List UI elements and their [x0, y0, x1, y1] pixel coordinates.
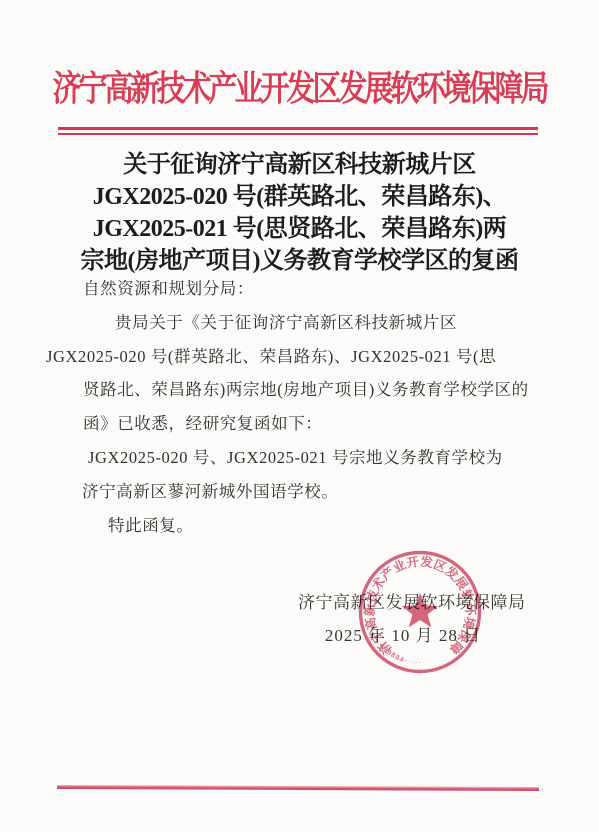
seal-ring-text: 济宁高新技术产业开发区发展软环境保障局: [345, 537, 478, 658]
seal-code-faint: ·····: [403, 656, 422, 667]
letterhead-org-name: 济宁高新技术产业开发区发展软环境保障局: [0, 61, 599, 111]
document-body: 自然资源和规划分局： 贵局关于《关于征询济宁高新区科技新城片区 JGX2025-…: [46, 272, 562, 542]
body-line: JGX2025-020 号(群英路北、荣昌路东)、JGX2025-021 号(思: [46, 340, 562, 374]
footer-rule: [57, 785, 539, 791]
title-line: JGX2025-021 号(思贤路北、荣昌路东)两: [28, 213, 571, 245]
body-line: 贵局关于《关于征询济宁高新区科技新城片区: [115, 306, 562, 340]
document-title: 关于征询济宁高新区科技新城片区 JGX2025-020 号(群英路北、荣昌路东)…: [28, 149, 571, 277]
title-line: 关于征询济宁高新区科技新城片区: [28, 149, 571, 181]
svg-text:济宁高新技术产业开发区发展软环境保障局: 济宁高新技术产业开发区发展软环境保障局: [345, 537, 478, 658]
document-page: 济宁高新技术产业开发区发展软环境保障局 关于征询济宁高新区科技新城片区 JGX2…: [0, 0, 599, 832]
title-line: JGX2025-020 号(群英路北、荣昌路东)、: [28, 181, 571, 213]
salutation-line: 自然资源和规划分局：: [83, 272, 562, 306]
seal-star-icon: [402, 593, 438, 627]
body-line: 贤路北、荣昌路东)两宗地(房地产项目)义务教育学校学区的: [83, 373, 562, 407]
letterhead-double-rule: [58, 127, 538, 135]
body-line: JGX2025-020 号、JGX2025-021 号宗地义务教育学校为: [88, 441, 562, 475]
body-line: 函》已收悉，经研究复函如下：: [83, 407, 562, 441]
body-line: 济宁高新区蓼河新城外国语学校。: [82, 475, 562, 509]
official-seal: 济宁高新技术产业开发区发展软环境保障局 370884·····: [345, 537, 495, 687]
